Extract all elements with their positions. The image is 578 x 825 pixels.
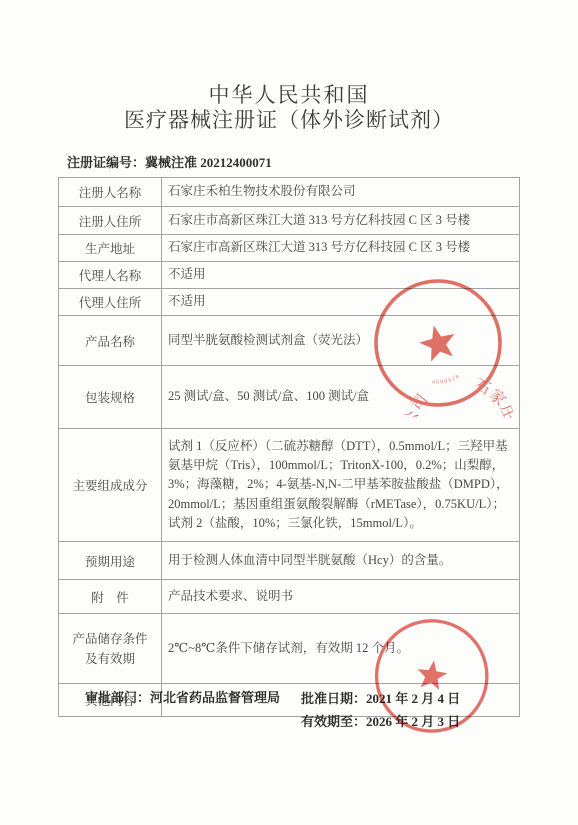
row-label: 注册人住所 xyxy=(59,207,162,235)
row-value: 产品技术要求、说明书 xyxy=(162,580,520,614)
page-title: 中华人民共和国 医疗器械注册证（体外诊断试剂） xyxy=(0,83,578,133)
valid-until-value: 2026 年 2 月 3 日 xyxy=(366,714,460,729)
approval-dates: 批准日期：2021 年 2 月 4 日 有效期至：2026 年 2 月 3 日 xyxy=(301,687,460,733)
table-row-agent-name: 代理人名称 不适用 xyxy=(59,262,520,289)
row-value: 石家庄市高新区珠江大道 313 号方亿科技园 C 区 3 号楼 xyxy=(162,207,520,235)
row-label: 包装规格 xyxy=(59,366,162,429)
row-value: 不适用 xyxy=(162,289,520,316)
table-row-storage-validity: 产品储存条件及有效期 2℃~8℃条件下储存试剂，有效期 12 个月。 xyxy=(59,614,520,684)
valid-until-line: 有效期至：2026 年 2 月 3 日 xyxy=(301,710,460,733)
valid-until-label: 有效期至： xyxy=(301,714,366,729)
row-label: 主要组成成分 xyxy=(59,429,162,542)
table-row-production-address: 生产地址 石家庄市高新区珠江大道 313 号方亿科技园 C 区 3 号楼 xyxy=(59,235,520,262)
table-row-product-name: 产品名称 同型半胱氨酸检测试剂盒（荧光法） xyxy=(59,316,520,366)
title-country: 中华人民共和国 xyxy=(0,83,578,108)
certificate-number: 注册证编号：冀械注准 20212400071 xyxy=(67,152,272,171)
table-row-registrant-name: 注册人名称 石家庄禾柏生物技术股份有限公司 xyxy=(59,178,520,207)
title-certificate-type: 医疗器械注册证（体外诊断试剂） xyxy=(0,108,578,133)
row-label: 代理人名称 xyxy=(59,262,162,289)
table-row-agent-address: 代理人住所 不适用 xyxy=(59,289,520,316)
registration-table: 注册人名称 石家庄禾柏生物技术股份有限公司 注册人住所 石家庄市高新区珠江大道 … xyxy=(58,177,520,717)
row-label: 产品名称 xyxy=(59,316,162,366)
row-label: 注册人名称 xyxy=(59,178,162,207)
row-value: 不适用 xyxy=(162,262,520,289)
row-value: 用于检测人体血清中同型半胱氨酸（Hcy）的含量。 xyxy=(162,542,520,580)
certificate-number-label: 注册证编号： xyxy=(67,155,145,170)
table-row-main-components: 主要组成成分 试剂 1（反应杯）（二硫苏糖醇（DTT），0.5mmol/L；三羟… xyxy=(59,429,520,542)
row-value: 2℃~8℃条件下储存试剂，有效期 12 个月。 xyxy=(162,614,520,684)
row-value: 石家庄市高新区珠江大道 313 号方亿科技园 C 区 3 号楼 xyxy=(162,235,520,262)
row-label: 产品储存条件及有效期 xyxy=(59,614,162,684)
approval-date-line: 批准日期：2021 年 2 月 4 日 xyxy=(301,687,460,710)
row-label: 代理人住所 xyxy=(59,289,162,316)
approval-department: 审批部门：河北省药品监督管理局 xyxy=(85,687,280,706)
approval-department-value: 河北省药品监督管理局 xyxy=(150,690,280,705)
row-value: 同型半胱氨酸检测试剂盒（荧光法） xyxy=(162,316,520,366)
row-label: 附 件 xyxy=(59,580,162,614)
table-row-attachments: 附 件 产品技术要求、说明书 xyxy=(59,580,520,614)
certificate-page: 中华人民共和国 医疗器械注册证（体外诊断试剂） 注册证编号：冀械注准 20212… xyxy=(0,0,578,825)
table-row-packaging-spec: 包装规格 25 测试/盒、50 测试/盒、100 测试/盒 xyxy=(59,366,520,429)
row-label-text: 产品储存条件及有效期 xyxy=(70,629,150,669)
table-row-intended-use: 预期用途 用于检测人体血清中同型半胱氨酸（Hcy）的含量。 xyxy=(59,542,520,580)
table-row-registrant-address: 注册人住所 石家庄市高新区珠江大道 313 号方亿科技园 C 区 3 号楼 xyxy=(59,207,520,235)
row-label: 预期用途 xyxy=(59,542,162,580)
row-value: 25 测试/盒、50 测试/盒、100 测试/盒 xyxy=(162,366,520,429)
approval-department-label: 审批部门： xyxy=(85,690,150,705)
row-label: 生产地址 xyxy=(59,235,162,262)
approval-date-label: 批准日期： xyxy=(301,691,366,706)
row-value: 石家庄禾柏生物技术股份有限公司 xyxy=(162,178,520,207)
row-value: 试剂 1（反应杯）（二硫苏糖醇（DTT），0.5mmol/L；三羟甲基氨基甲烷（… xyxy=(162,429,520,542)
certificate-number-value: 冀械注准 20212400071 xyxy=(145,155,272,170)
approval-date-value: 2021 年 2 月 4 日 xyxy=(366,691,460,706)
